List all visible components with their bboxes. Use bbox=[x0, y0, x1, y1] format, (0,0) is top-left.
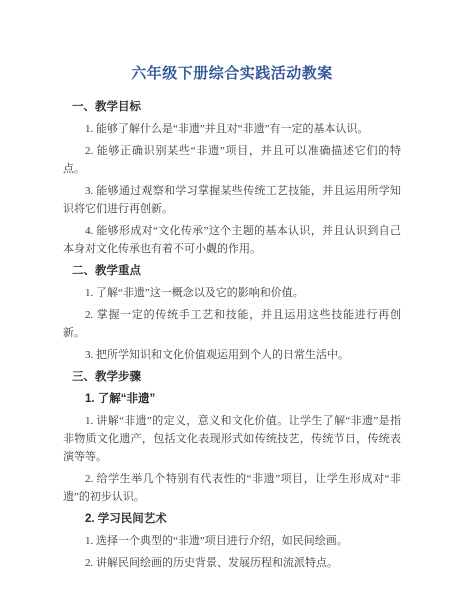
paragraph: 1. 选择一个典型的“非遗”项目进行介绍，如民间绘画。 bbox=[63, 532, 401, 550]
paragraph: 2. 给学生举几个特别有代表性的“非遗”项目，让学生形成对“非遗”的初步认识。 bbox=[63, 470, 401, 506]
paragraph: 1. 能够了解什么是“非遗”并且对“非遗”有一定的基本认识。 bbox=[63, 120, 401, 138]
document-page: 六年级下册综合实践活动教案 一、教学目标 1. 能够了解什么是“非遗”并且对“非… bbox=[0, 0, 463, 600]
subsection-heading-learn-folk-art: 2. 学习民间艺术 bbox=[63, 510, 401, 528]
paragraph: 2. 讲解民间绘画的历史背景、发展历程和流派特点。 bbox=[63, 554, 401, 572]
paragraph: 2. 掌握一定的传统手工艺和技能，并且运用这些技能进行再创新。 bbox=[63, 306, 401, 342]
paragraph: 3. 把所学知识和文化价值观运用到个人的日常生活中。 bbox=[63, 346, 401, 364]
paragraph: 3. 能够通过观察和学习掌握某些传统工艺技能，并且运用所学知识将它们进行再创新。 bbox=[63, 182, 401, 218]
paragraph: 4. 能够形成对“文化传承”这个主题的基本认识，并且认识到自己本身对文化传承也有… bbox=[63, 222, 401, 258]
paragraph: 2. 能够正确识别某些“非遗”项目，并且可以准确描述它们的特点。 bbox=[63, 142, 401, 178]
subsection-heading-understand-feiyi: 1. 了解“非遗” bbox=[63, 390, 401, 408]
paragraph: 1. 了解“非遗”这一概念以及它的影响和价值。 bbox=[63, 284, 401, 302]
section-heading-teaching-steps: 三、教学步骤 bbox=[63, 368, 401, 386]
paragraph: 1. 讲解“非遗”的定义，意义和文化价值。让学生了解“非遗”是指非物质文化遗产，… bbox=[63, 412, 401, 466]
page-title: 六年级下册综合实践活动教案 bbox=[63, 64, 401, 84]
section-heading-teaching-goals: 一、教学目标 bbox=[63, 98, 401, 116]
section-heading-teaching-focus: 二、教学重点 bbox=[63, 262, 401, 280]
